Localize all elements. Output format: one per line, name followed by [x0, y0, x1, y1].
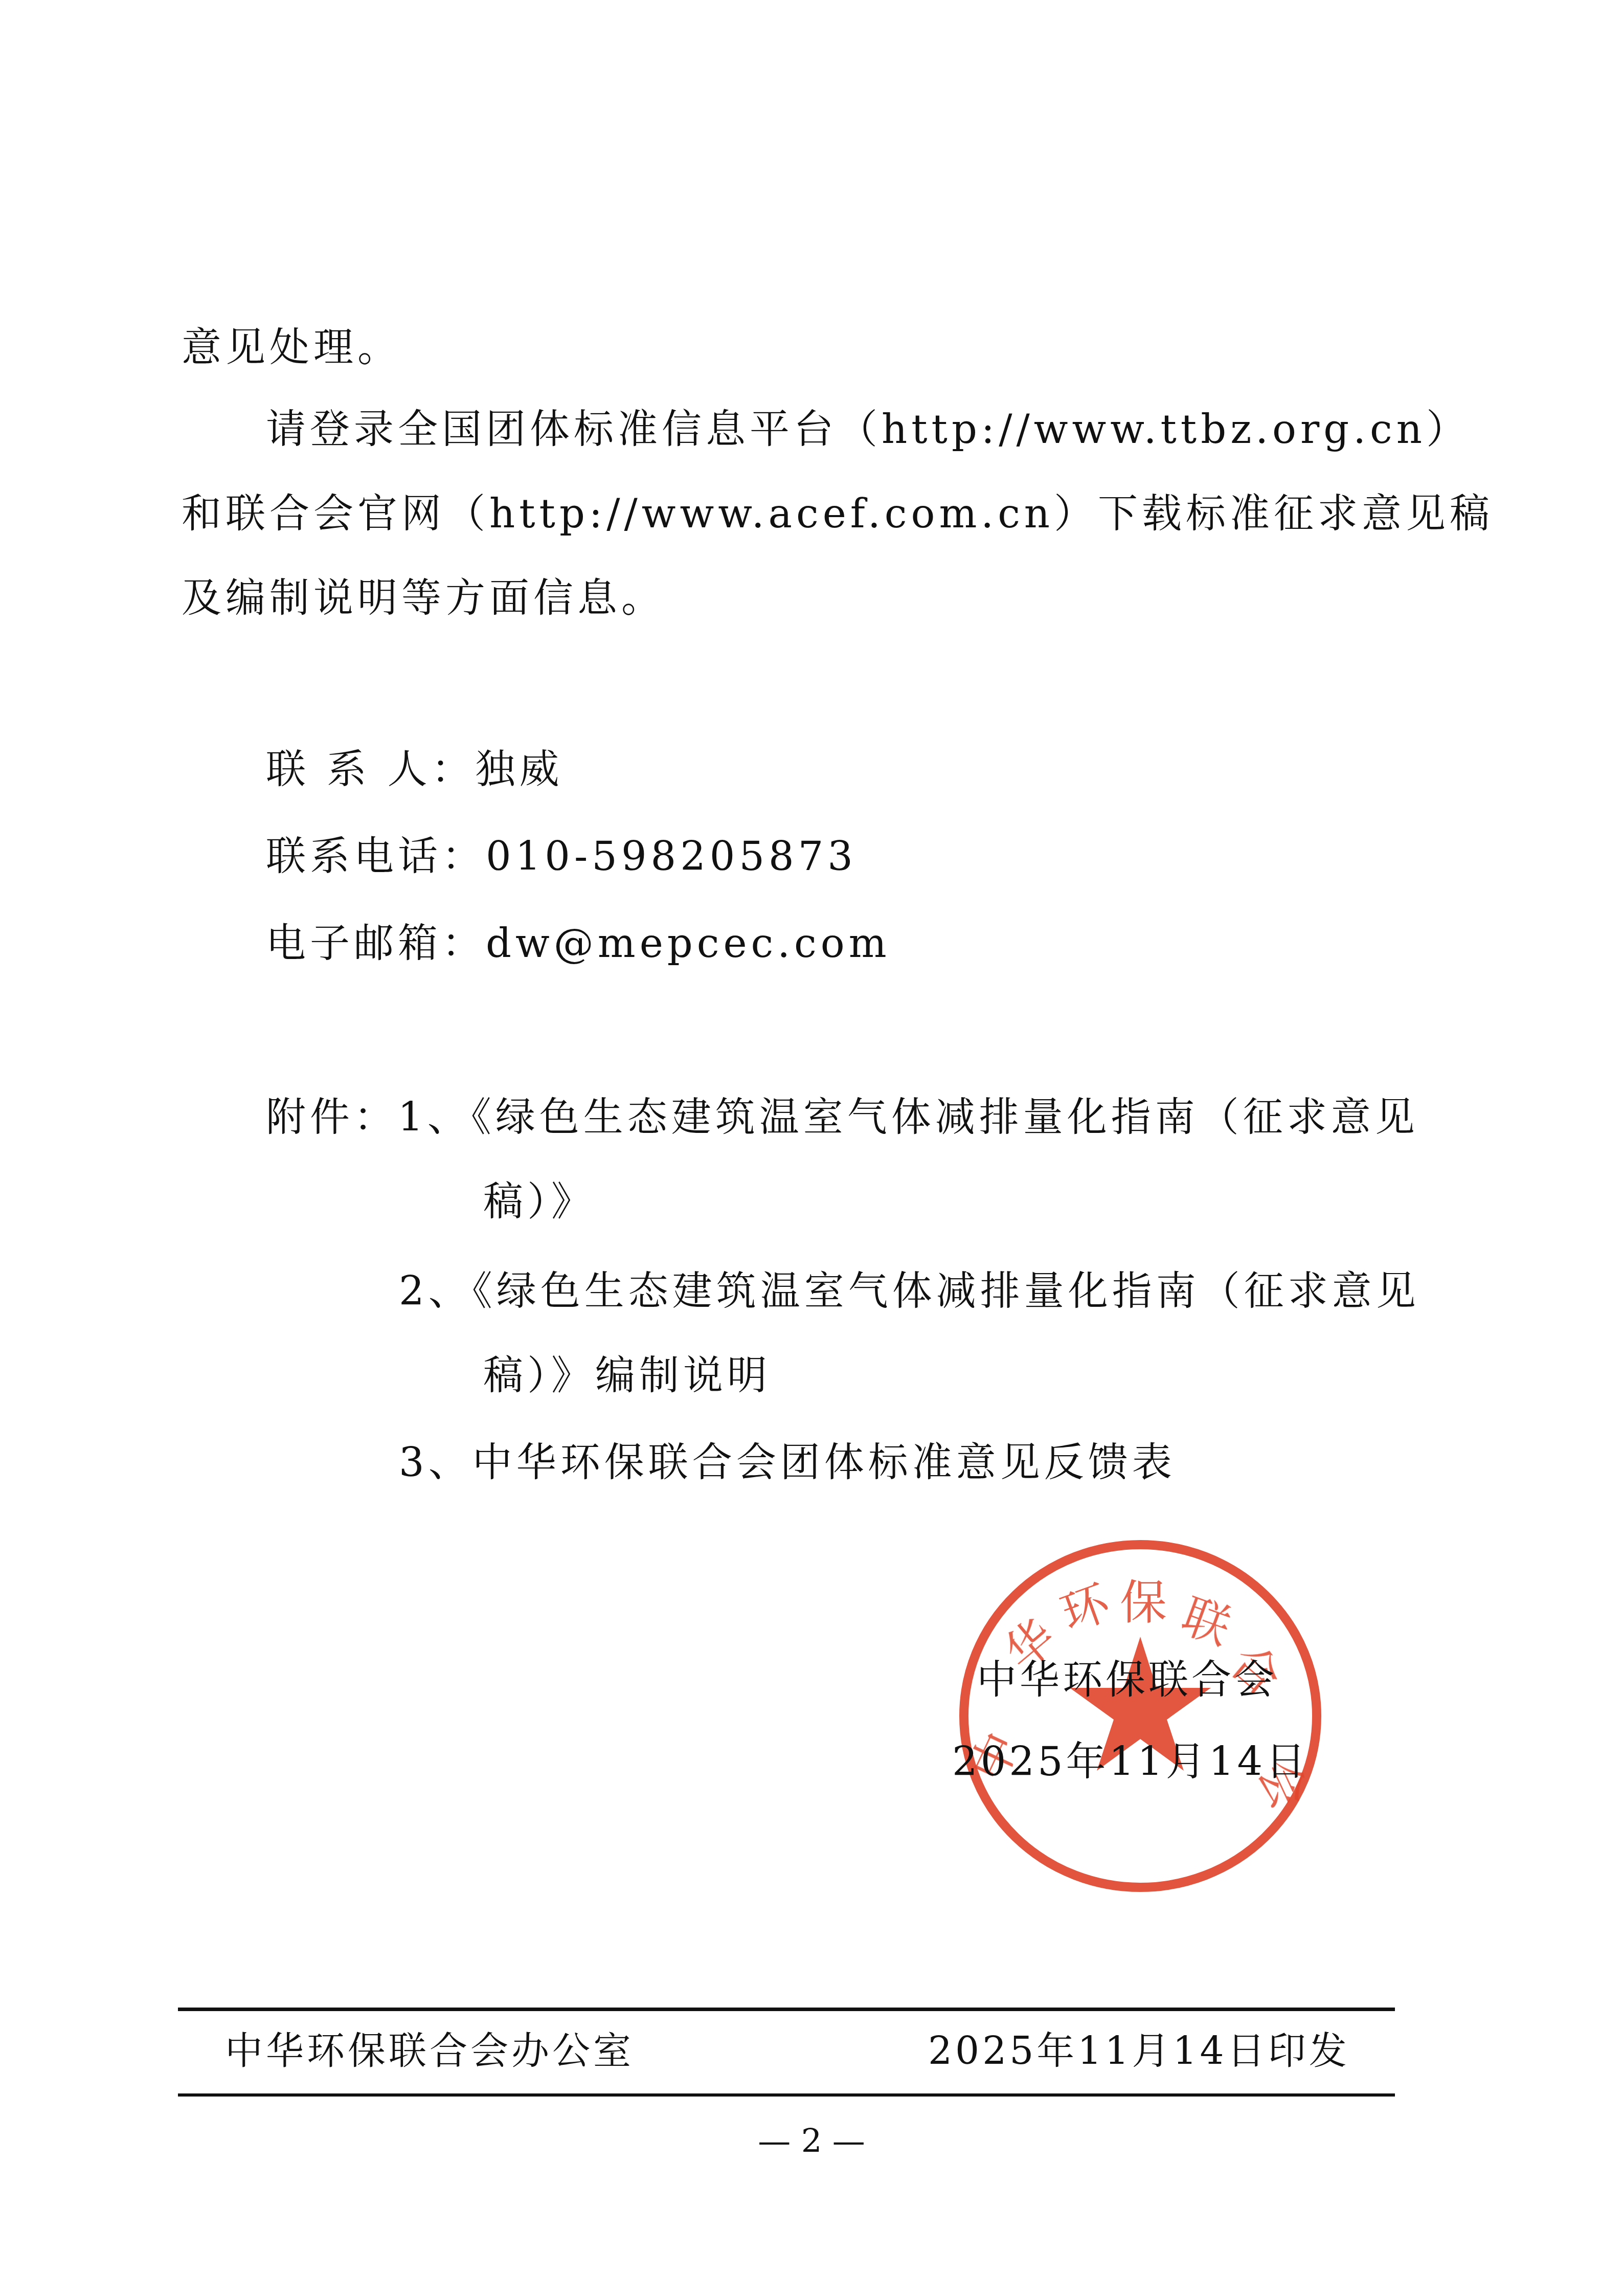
- contact-phone-label: 联系电话：: [266, 834, 486, 880]
- contact-person-value: 独威: [476, 747, 563, 793]
- svg-text:环: 环: [1054, 1574, 1118, 1642]
- attachment-2-line2: 稿）》编制说明: [483, 1350, 771, 1401]
- footer-issue-date: 2025年11月14日印发: [928, 2025, 1350, 2077]
- signature-date: 2025年11月14日: [952, 1736, 1309, 1788]
- contact-phone: 联系电话：010-598205873: [266, 831, 857, 882]
- attachment-1-line1: 1、《绿色生态建筑温室气体减排量化指南（征求意见: [398, 1095, 1419, 1141]
- download-line-1: 请登录全国团体标准信息平台（http://www.ttbz.org.cn）: [266, 404, 1470, 455]
- footer-issuer: 中华环保联合会办公室: [225, 2025, 634, 2077]
- footer-bottom-rule: [178, 2093, 1395, 2097]
- contact-person-label: 联 系 人：: [266, 747, 476, 793]
- svg-text:联: 联: [1175, 1588, 1237, 1656]
- contact-person: 联 系 人：独威: [266, 744, 563, 795]
- attachment-1-line2: 稿）》: [483, 1176, 595, 1228]
- paragraph-end: 意见处理。: [182, 322, 401, 373]
- signature-org: 中华环保联合会: [977, 1655, 1277, 1706]
- contact-email-value: dw@mepcec.com: [486, 921, 891, 967]
- attachment-3: 3、中华环保联合会团体标准意见反馈表: [399, 1437, 1176, 1488]
- download-line-2: 和联合会官网（http://www.acef.com.cn）下载标准征求意见稿: [182, 488, 1494, 540]
- download-line-3: 及编制说明等方面信息。: [182, 573, 665, 624]
- attachment-1: 附件：1、《绿色生态建筑温室气体减排量化指南（征求意见: [266, 1092, 1419, 1143]
- attachments-label: 附件：: [266, 1095, 398, 1141]
- seal-star-icon: 中 华 环 保 联 合 会: [951, 1529, 1329, 1898]
- attachment-2-line1: 2、《绿色生态建筑温室气体减排量化指南（征求意见: [399, 1266, 1420, 1317]
- footer-top-rule: [178, 2008, 1395, 2011]
- page-number: — 2 —: [0, 2123, 1623, 2160]
- svg-text:保: 保: [1120, 1575, 1167, 1630]
- contact-email: 电子邮箱：dw@mepcec.com: [266, 918, 891, 969]
- contact-email-label: 电子邮箱：: [266, 921, 486, 967]
- contact-phone-value: 010-598205873: [486, 834, 857, 880]
- official-seal: 中 华 环 保 联 合 会: [951, 1529, 1329, 1898]
